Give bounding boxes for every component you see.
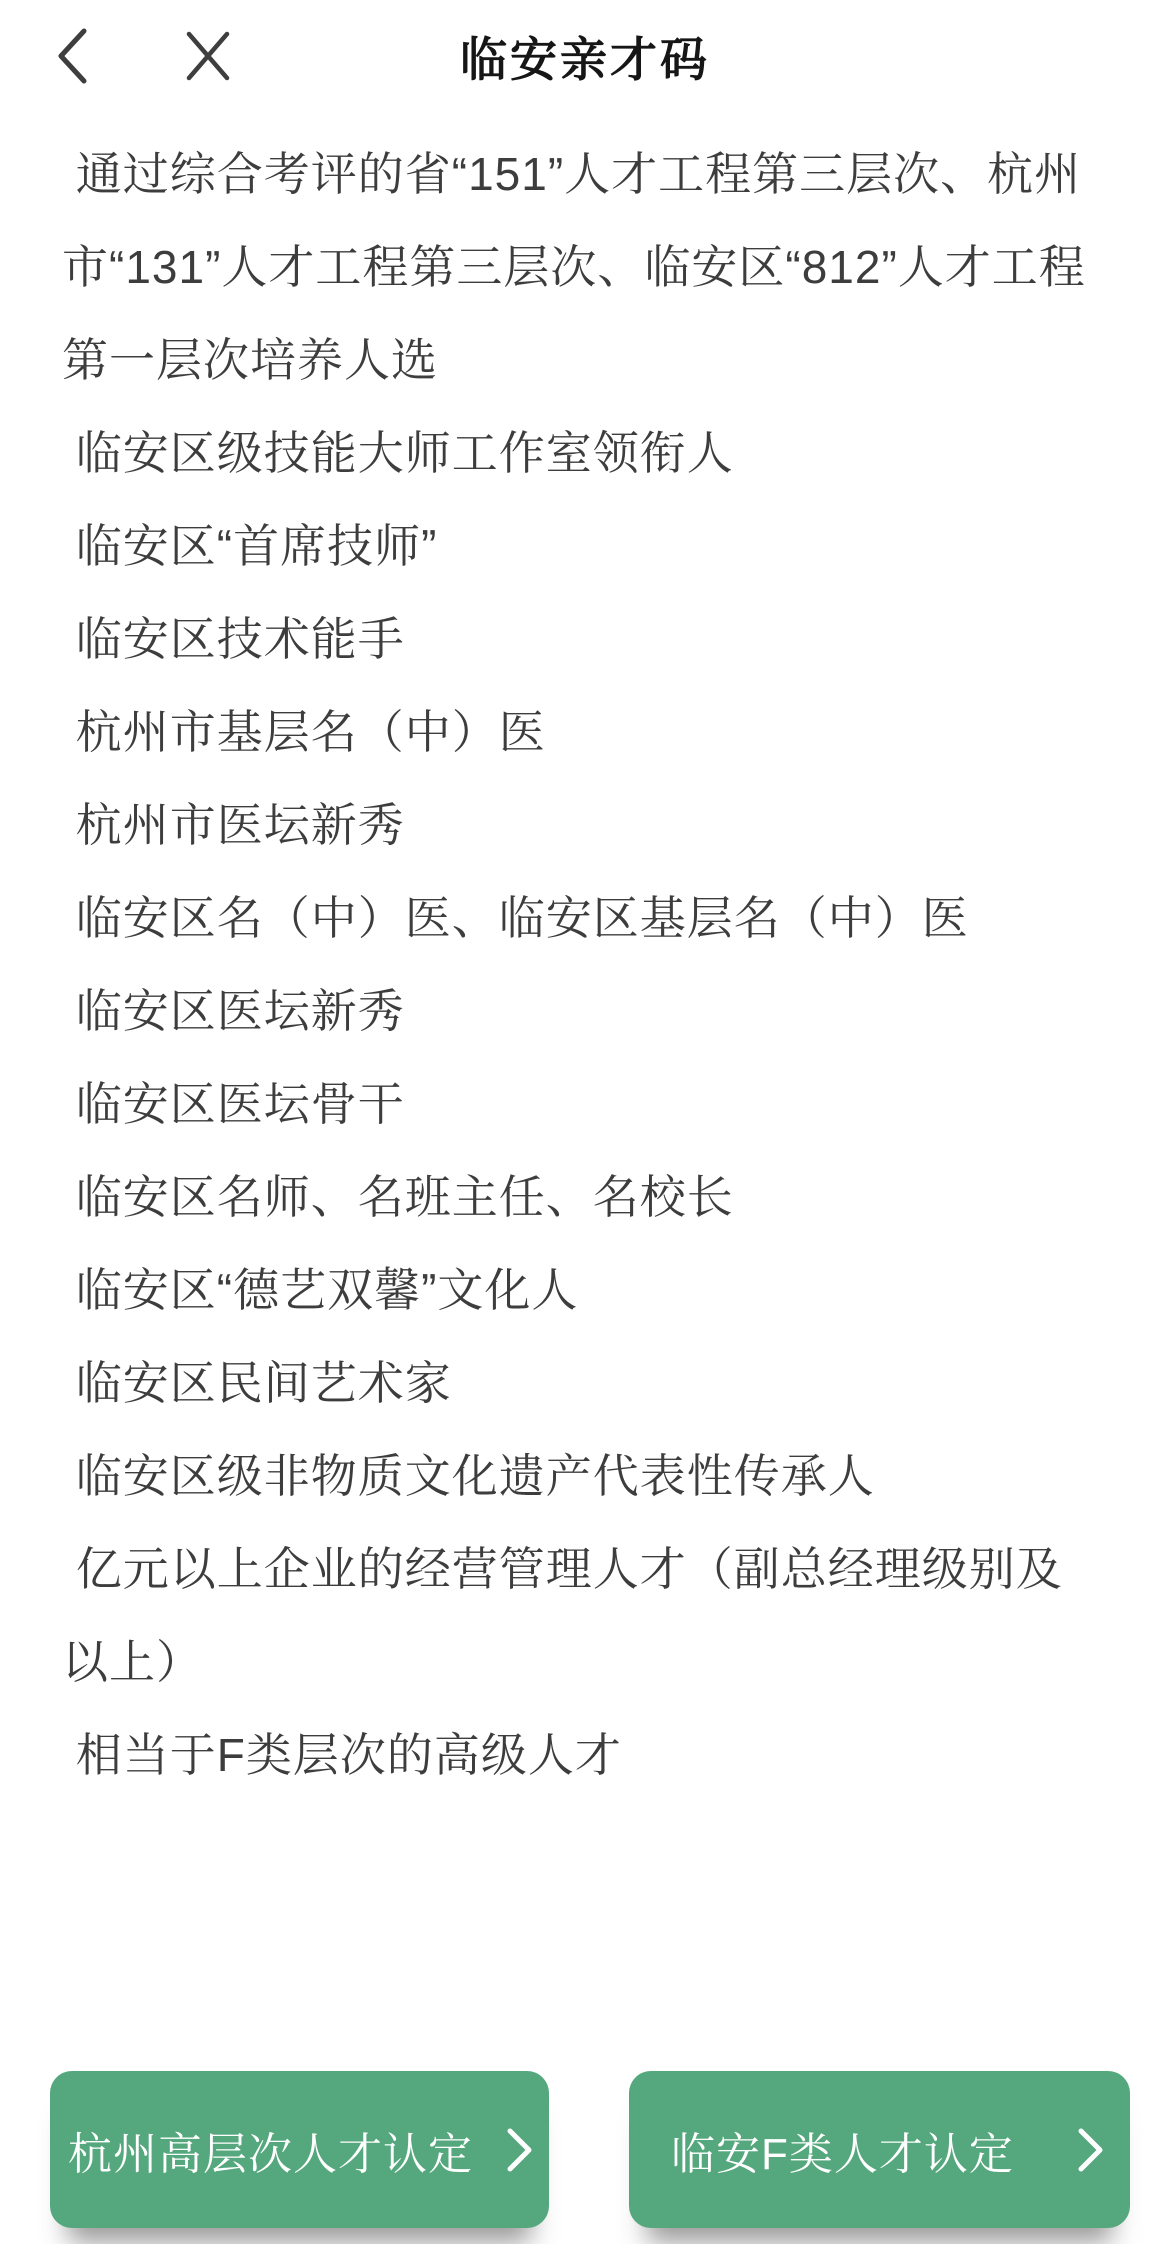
talent-category-line: 临安区级非物质文化遗产代表性传承人 — [62, 1430, 1132, 1523]
button-label: 临安F类人才认定 — [671, 2118, 1014, 2182]
talent-category-line: 临安区医坛新秀 — [62, 965, 1132, 1058]
page-title: 临安亲才码 — [0, 0, 1170, 112]
button-label: 杭州高层次人才认定 — [68, 2118, 473, 2182]
chevron-right-icon — [506, 2127, 533, 2173]
talent-category-line: 临安区民间艺术家 — [62, 1337, 1132, 1430]
talent-category-line: 临安区名（中）医、临安区基层名（中）医 — [62, 872, 1132, 965]
hangzhou-high-level-talent-button[interactable]: 杭州高层次人才认定 — [50, 2071, 549, 2228]
talent-category-line: 临安区“首席技师” — [62, 500, 1132, 593]
talent-category-line: 市“131”人才工程第三层次、临安区“812”人才工程 — [62, 221, 1132, 314]
talent-category-line: 相当于F类层次的高级人才 — [62, 1709, 1132, 1802]
nav-bar: 临安亲才码 — [0, 0, 1170, 112]
talent-category-line: 临安区“德艺双馨”文化人 — [62, 1244, 1132, 1337]
chevron-right-icon — [1077, 2127, 1104, 2173]
talent-category-line: 临安区医坛骨干 — [62, 1058, 1132, 1151]
talent-category-line: 以上） — [62, 1616, 1132, 1709]
linan-f-class-talent-button[interactable]: 临安F类人才认定 — [629, 2071, 1130, 2228]
talent-category-line: 杭州市基层名（中）医 — [62, 686, 1132, 779]
talent-category-line: 亿元以上企业的经营管理人才（副总经理级别及 — [62, 1523, 1132, 1616]
talent-category-list: 通过综合考评的省“151”人才工程第三层次、杭州市“131”人才工程第三层次、临… — [0, 128, 1170, 1802]
talent-category-line: 第一层次培养人选 — [62, 314, 1132, 407]
talent-category-line: 临安区技术能手 — [62, 593, 1132, 686]
talent-category-line: 杭州市医坛新秀 — [62, 779, 1132, 872]
talent-category-line: 通过综合考评的省“151”人才工程第三层次、杭州 — [62, 128, 1132, 221]
talent-category-line: 临安区级技能大师工作室领衔人 — [62, 407, 1132, 500]
talent-category-line: 临安区名师、名班主任、名校长 — [62, 1151, 1132, 1244]
